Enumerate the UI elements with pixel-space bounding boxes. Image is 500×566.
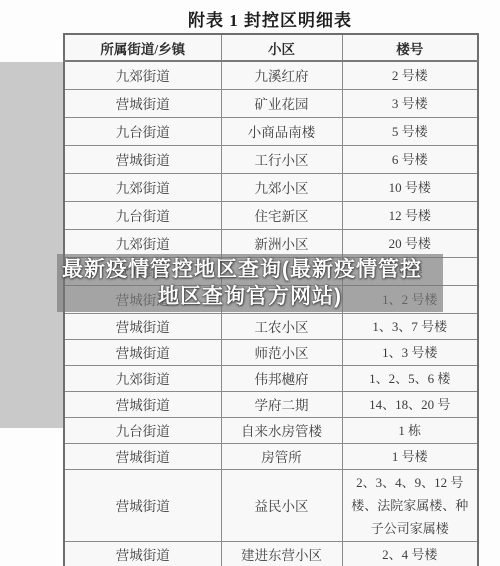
community-cell: 学府二期 (221, 391, 342, 417)
building-cell: 5 号楼 (342, 117, 478, 145)
document-page: 附表 1 封控区明细表 所属街道/乡镇 小区 楼号 九郊街道九溪红府2 号楼营城… (0, 0, 500, 566)
community-cell (221, 257, 342, 285)
community-cell: 自来水房管楼 (221, 417, 342, 443)
building-cell: 14、18、20 号 (342, 391, 478, 417)
street-cell: 营城街道 (64, 145, 221, 173)
street-cell: 营城街道 (64, 391, 221, 417)
community-cell: 新洲小区 (221, 229, 342, 257)
street-cell: 营城街道 (64, 339, 221, 365)
street-cell: 九郊街道 (64, 229, 221, 257)
building-cell: 3 号楼 (342, 89, 478, 117)
building-cell: 2、3、4、9、12 号楼、法院家属楼、种子公司家属楼 (342, 469, 478, 541)
left-margin-strip (0, 62, 63, 428)
street-cell: 九郊街道 (64, 173, 221, 201)
table-row: 营城街道工农小区1、3、7 号楼 (64, 313, 478, 339)
community-cell: 益民小区 (221, 469, 342, 541)
table-body: 九郊街道九溪红府2 号楼营城街道矿业花园3 号楼九台街道小商品南楼5 号楼营城街… (64, 61, 478, 566)
table-row: 九郊街道九溪红府2 号楼 (64, 61, 478, 89)
street-cell: 营城街道 (64, 541, 221, 566)
header-street: 所属街道/乡镇 (64, 34, 221, 61)
building-cell: 号楼 (342, 257, 478, 285)
building-cell: 12 号楼 (342, 201, 478, 229)
street-cell: 营城街道 (64, 313, 221, 339)
community-cell: 建进东营小区 (221, 541, 342, 566)
table-row: 九郊街道伟邦樾府1、2、5、6 楼 (64, 365, 478, 391)
document-title: 附表 1 封控区明细表 (40, 6, 500, 31)
community-cell: 工行小区 (221, 145, 342, 173)
table-row: 营城街道号楼 (64, 257, 478, 285)
community-cell (221, 285, 342, 313)
community-cell: 小商品南楼 (221, 117, 342, 145)
street-cell: 营城街道 (64, 469, 221, 541)
community-cell: 住宅新区 (221, 201, 342, 229)
street-cell: 营城街道 (64, 443, 221, 469)
building-cell: 1 号楼 (342, 443, 478, 469)
table-row: 营城街道益民小区2、3、4、9、12 号楼、法院家属楼、种子公司家属楼 (64, 469, 478, 541)
street-cell: 营城街道 (64, 89, 221, 117)
building-cell: 20 号楼 (342, 229, 478, 257)
table-row: 九台街道住宅新区12 号楼 (64, 201, 478, 229)
table-row: 营城街道1、2 号楼 (64, 285, 478, 313)
building-cell: 1、2、5、6 楼 (342, 365, 478, 391)
building-cell: 1、3、7 号楼 (342, 313, 478, 339)
street-cell: 九台街道 (64, 117, 221, 145)
community-cell: 伟邦樾府 (221, 365, 342, 391)
table-row: 九郊街道九郊小区10 号楼 (64, 173, 478, 201)
table-row: 九郊街道新洲小区20 号楼 (64, 229, 478, 257)
table-row: 营城街道建进东营小区2、4 号楼 (64, 541, 478, 566)
street-cell: 九郊街道 (64, 365, 221, 391)
community-cell: 矿业花园 (221, 89, 342, 117)
community-cell: 九郊小区 (221, 173, 342, 201)
street-cell: 九台街道 (64, 417, 221, 443)
table-row: 营城街道房管所1 号楼 (64, 443, 478, 469)
building-cell: 6 号楼 (342, 145, 478, 173)
building-cell: 1、2 号楼 (342, 285, 478, 313)
building-cell: 1、3 号楼 (342, 339, 478, 365)
building-cell: 2、4 号楼 (342, 541, 478, 566)
street-cell: 九台街道 (64, 201, 221, 229)
community-cell: 九溪红府 (221, 61, 342, 89)
lockdown-area-table: 所属街道/乡镇 小区 楼号 九郊街道九溪红府2 号楼营城街道矿业花园3 号楼九台… (63, 33, 479, 566)
street-cell: 营城街道 (64, 257, 221, 285)
table-row: 九台街道自来水房管楼1 栋 (64, 417, 478, 443)
header-community: 小区 (221, 34, 342, 61)
table-row: 营城街道师范小区1、3 号楼 (64, 339, 478, 365)
header-row: 所属街道/乡镇 小区 楼号 (64, 34, 478, 61)
building-cell: 2 号楼 (342, 61, 478, 89)
table-row: 九台街道小商品南楼5 号楼 (64, 117, 478, 145)
building-cell: 10 号楼 (342, 173, 478, 201)
community-cell: 房管所 (221, 443, 342, 469)
table-row: 营城街道工行小区6 号楼 (64, 145, 478, 173)
street-cell: 营城街道 (64, 285, 221, 313)
community-cell: 工农小区 (221, 313, 342, 339)
table-row: 营城街道矿业花园3 号楼 (64, 89, 478, 117)
street-cell: 九郊街道 (64, 61, 221, 89)
header-building: 楼号 (342, 34, 478, 61)
community-cell: 师范小区 (221, 339, 342, 365)
table-row: 营城街道学府二期14、18、20 号 (64, 391, 478, 417)
building-cell: 1 栋 (342, 417, 478, 443)
